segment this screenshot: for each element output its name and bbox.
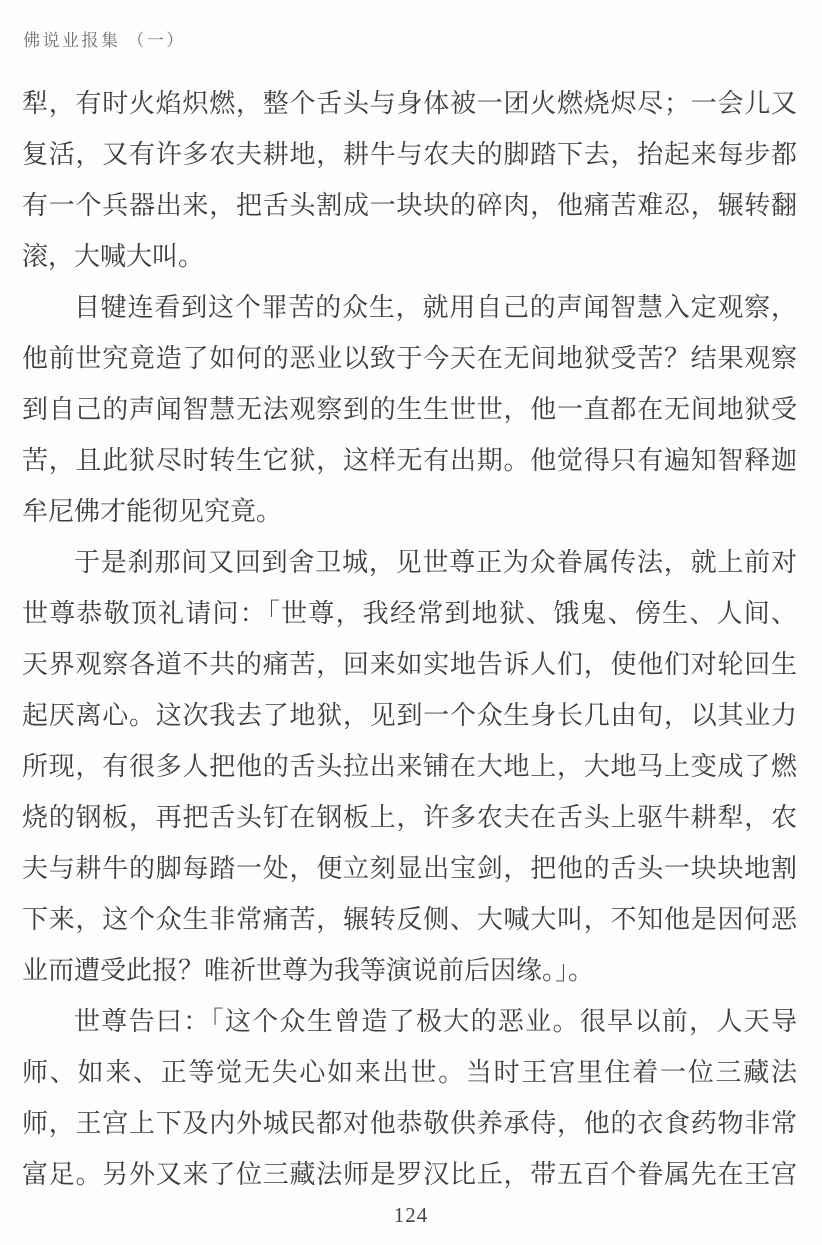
text-line: 到自己的声闻智慧无法观察到的生生世世，他一直都在无间地狱受 bbox=[22, 384, 797, 435]
text-line: 业而遭受此报？唯祈世尊为我等演说前后因缘。」。 bbox=[22, 945, 797, 996]
running-header: 佛说业报集 （一） bbox=[23, 26, 186, 51]
text-line: 滚，大喊大叫。 bbox=[22, 231, 797, 282]
text-line: 世尊恭敬顶礼请问：「世尊，我经常到地狱、饿鬼、傍生、人间、 bbox=[22, 588, 797, 639]
body-text: 犁，有时火焰炽燃，整个舌头与身体被一团火燃烧烬尽；一会儿又复活，又有许多农夫耕地… bbox=[22, 78, 797, 1200]
text-line: 苦，且此狱尽时转生它狱，这样无有出期。他觉得只有遍知智释迦 bbox=[22, 435, 797, 486]
text-line: 烧的钢板，再把舌头钉在钢板上，许多农夫在舌头上驱牛耕犁，农 bbox=[22, 792, 797, 843]
text-line: 师，王宫上下及内外城民都对他恭敬供养承侍，他的衣食药物非常 bbox=[22, 1098, 797, 1149]
page-number: 124 bbox=[0, 1203, 822, 1228]
text-line: 复活，又有许多农夫耕地，耕牛与农夫的脚踏下去，抬起来每步都 bbox=[22, 129, 797, 180]
text-line: 于是刹那间又回到舍卫城，见世尊正为众眷属传法，就上前对 bbox=[22, 537, 797, 588]
text-line: 牟尼佛才能彻见究竟。 bbox=[22, 486, 797, 537]
text-line: 起厌离心。这次我去了地狱，见到一个众生身长几由旬，以其业力 bbox=[22, 690, 797, 741]
text-line: 有一个兵器出来，把舌头割成一块块的碎肉，他痛苦难忍，辗转翻 bbox=[22, 180, 797, 231]
text-line: 目犍连看到这个罪苦的众生，就用自己的声闻智慧入定观察， bbox=[22, 282, 797, 333]
text-line: 富足。另外又来了位三藏法师是罗汉比丘，带五百个眷属先在王宫 bbox=[22, 1149, 797, 1200]
text-line: 他前世究竟造了如何的恶业以致于今天在无间地狱受苦？结果观察 bbox=[22, 333, 797, 384]
text-line: 下来，这个众生非常痛苦，辗转反侧、大喊大叫，不知他是因何恶 bbox=[22, 894, 797, 945]
text-line: 师、如来、正等觉无失心如来出世。当时王宫里住着一位三藏法 bbox=[22, 1047, 797, 1098]
text-line: 夫与耕牛的脚每踏一处，便立刻显出宝剑，把他的舌头一块块地割 bbox=[22, 843, 797, 894]
text-line: 所现，有很多人把他的舌头拉出来铺在大地上，大地马上变成了燃 bbox=[22, 741, 797, 792]
text-line: 天界观察各道不共的痛苦，回来如实地告诉人们，使他们对轮回生 bbox=[22, 639, 797, 690]
document-page: 佛说业报集 （一） 犁，有时火焰炽燃，整个舌头与身体被一团火燃烧烬尽；一会儿又复… bbox=[0, 0, 822, 1245]
text-line: 犁，有时火焰炽燃，整个舌头与身体被一团火燃烧烬尽；一会儿又 bbox=[22, 78, 797, 129]
text-line: 世尊告曰：「这个众生曾造了极大的恶业。很早以前，人天导 bbox=[22, 996, 797, 1047]
